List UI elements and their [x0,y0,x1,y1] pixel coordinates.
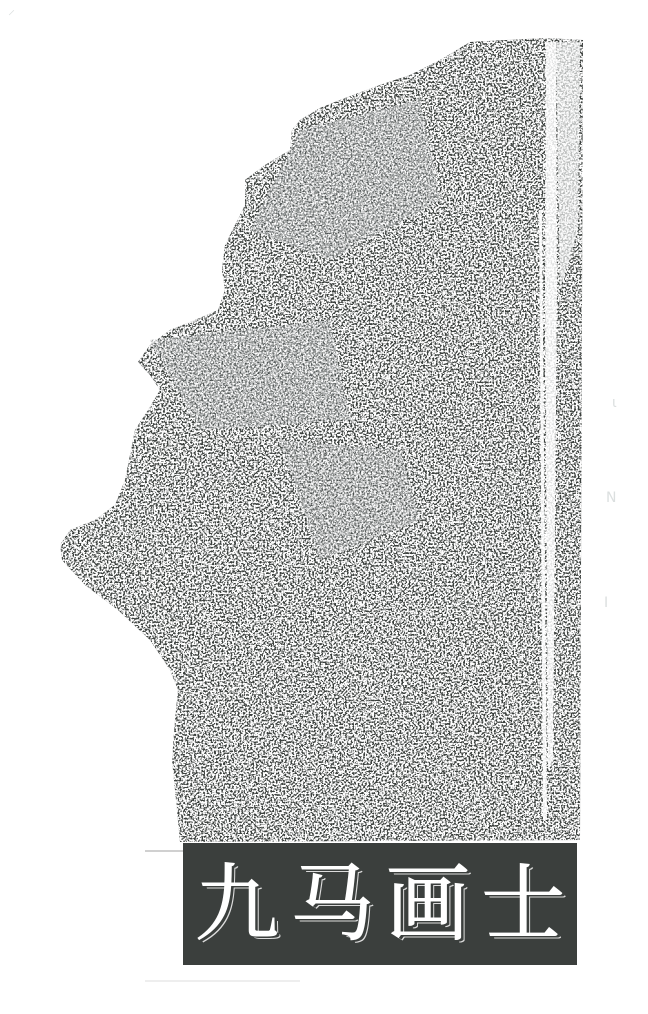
scan-artifact: ⸍ [8,6,15,25]
scan-artifact: ι [612,395,617,411]
brand-char-1: 九 [195,862,279,946]
brand-char-4: 士 [481,862,565,946]
brand-char-3: 画 [386,862,470,946]
scan-artifact: Ι [604,595,608,611]
scan-artifact: Ν [606,490,616,506]
trademark-image: 九 马 画 士 ι Ν Ι ⸍ [0,0,648,1014]
brand-char-2: 马 [290,862,374,946]
brand-name-banner: 九 马 画 士 [183,843,577,965]
